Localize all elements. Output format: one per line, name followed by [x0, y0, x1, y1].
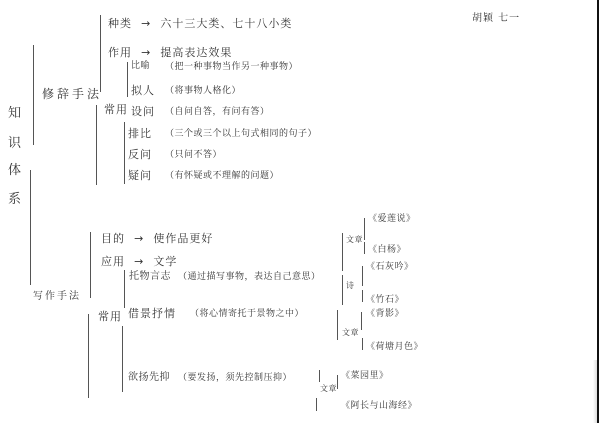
writing-common-bracket-bottom [122, 326, 123, 392]
example-bracket [337, 310, 338, 340]
rhetoric-item-name: 疑问 [128, 169, 152, 182]
writing-application-row: 应用 → 文学 [101, 250, 177, 269]
branch-writing: 写作手法 [33, 290, 81, 303]
rhetoric-item-note: （把一种事物当作另一种事物） [165, 62, 298, 73]
rhetoric-bracket-top [100, 15, 101, 92]
arrow-icon: → [141, 17, 151, 30]
writing-item-name: 欲扬先抑 [128, 372, 170, 383]
writing-item-note: （将心情寄托于景物之中） [190, 309, 304, 320]
rhetoric-bracket-bottom [96, 105, 97, 185]
example-bracket [342, 233, 343, 271]
example-work: 《背影》 [366, 309, 404, 320]
branch-rhetoric: 修辞手法 [42, 88, 102, 101]
arrow-icon: → [141, 46, 151, 59]
writing-bracket-top [90, 232, 91, 298]
rhetoric-item-note: （只问不答） [165, 150, 222, 161]
rhetoric-item-note: （自问自答，有问有答） [165, 107, 270, 118]
writing-bracket-bottom [88, 314, 89, 398]
root-char-3: 体 [8, 164, 21, 177]
example-sub-bracket [364, 242, 365, 254]
writing-item-name: 托物言志 [129, 271, 171, 282]
writing-purpose-label: 目的 [101, 232, 125, 245]
arrow-icon: → [134, 255, 144, 268]
rhetoric-item-name: 排比 [128, 127, 152, 140]
root-char-4: 系 [8, 193, 21, 206]
writing-purpose-row: 目的 → 使作品更好 [101, 227, 213, 246]
root-char-1: 知 [8, 107, 21, 120]
rhetoric-types-row: 种类 → 六十三大类、七十八小类 [108, 12, 292, 31]
root-bracket-top [33, 45, 34, 145]
example-sub-bracket [362, 266, 363, 286]
rhetoric-item-name: 拟人 [131, 84, 155, 97]
rhetoric-purpose-label: 作用 [108, 46, 132, 59]
common-bracket-bottom [124, 122, 125, 184]
rhetoric-item-note: （有怀疑或不理解的问题） [165, 171, 279, 182]
example-sub-bracket [362, 290, 363, 302]
example-work: 《白杨》 [368, 245, 406, 256]
rhetoric-common-label: 常用 [104, 103, 128, 116]
example-category: 文章 [320, 383, 337, 394]
writing-common-bracket-top [124, 270, 125, 308]
example-work: 《荷塘月色》 [366, 342, 423, 353]
rhetoric-item-name: 设问 [131, 105, 155, 118]
knowledge-map-diagram: 胡颖 七一 知 识 体 系 修辞手法 种类 → 六十三大类、七十八小类 作用 →… [0, 0, 599, 423]
rhetoric-item-note: （将事物人格化） [165, 86, 241, 97]
example-category: 文章 [346, 234, 363, 245]
rhetoric-purpose-value: 提高表达效果 [160, 46, 232, 59]
scan-shadow [593, 360, 597, 423]
example-bracket [342, 275, 343, 305]
writing-item-note: （通过描写事物，表达自己意思） [178, 272, 321, 283]
writing-application-label: 应用 [101, 255, 125, 268]
writing-item-name: 借景抒情 [128, 307, 176, 320]
root-bracket-bottom [30, 170, 31, 285]
example-bracket [319, 370, 320, 382]
writing-common-label: 常用 [98, 310, 122, 323]
rhetoric-types-value: 六十三大类、七十八小类 [160, 17, 292, 30]
arrow-icon: → [134, 232, 144, 245]
rhetoric-item-name: 反问 [128, 148, 152, 161]
common-bracket-top [127, 62, 128, 97]
rhetoric-item-note: （三个或三个以上句式相同的句子） [165, 129, 317, 140]
root-char-2: 识 [8, 137, 21, 150]
example-work: 《阿长与山海经》 [341, 401, 417, 412]
example-work: 《爱莲说》 [368, 214, 416, 225]
writing-purpose-value: 使作品更好 [153, 232, 213, 245]
example-sub-bracket [362, 338, 363, 350]
example-work: 《石灰吟》 [366, 262, 414, 273]
writing-item-note: （要发扬，须先控制压抑） [178, 373, 292, 384]
example-bracket [316, 398, 317, 411]
example-category: 文章 [342, 327, 359, 338]
example-work: 《菜园里》 [341, 371, 389, 382]
example-work: 《竹石》 [366, 295, 404, 306]
rhetoric-item-name: 比喻 [131, 61, 150, 72]
example-sub-bracket [361, 312, 362, 330]
example-category: 诗 [346, 280, 355, 291]
example-sub-bracket [364, 218, 365, 240]
author-note: 胡颖 七一 [472, 12, 520, 25]
writing-application-value: 文学 [153, 255, 177, 268]
rhetoric-types-label: 种类 [108, 17, 132, 30]
example-sub-bracket [337, 375, 338, 389]
rhetoric-purpose-row: 作用 → 提高表达效果 [108, 41, 232, 60]
